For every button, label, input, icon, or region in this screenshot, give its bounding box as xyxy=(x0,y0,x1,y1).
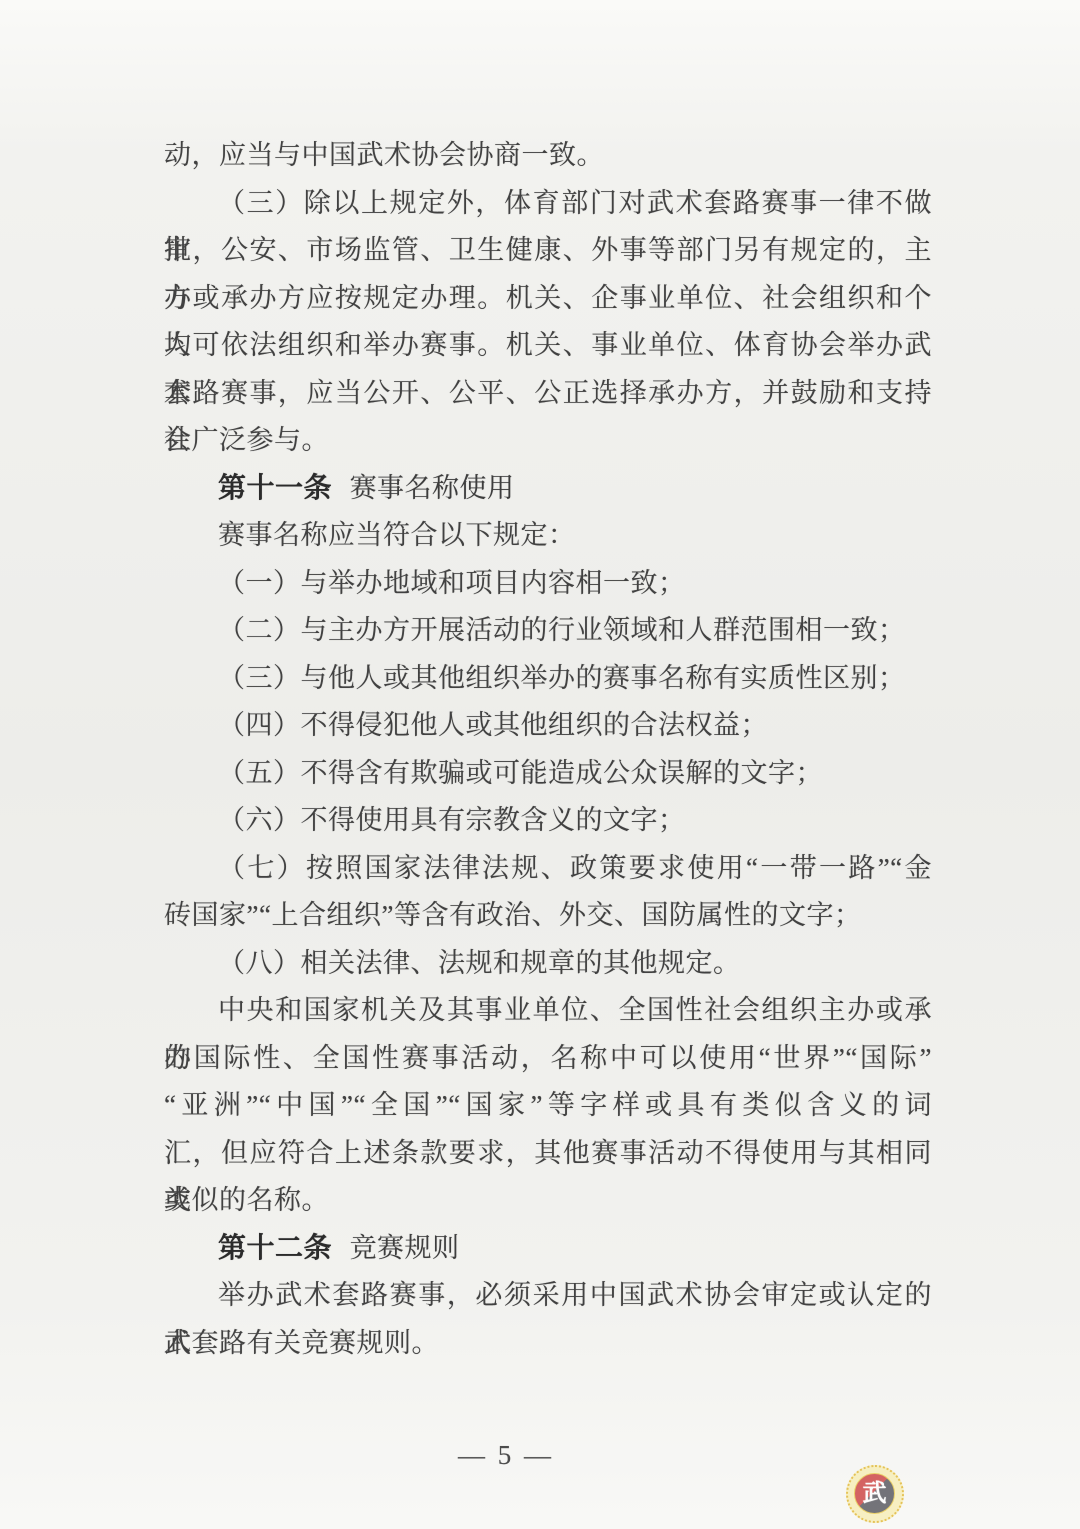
text-line: 动，应当与中国武术协会协商一致。 xyxy=(164,132,932,180)
article-heading: 第十一条赛事名称使用 xyxy=(164,465,932,513)
text-line: 举办武术套路赛事，必须采用中国武术协会审定或认定的武 xyxy=(164,1272,932,1320)
wushu-character: 武 xyxy=(863,1482,887,1506)
text-line: 的国际性、全国性赛事活动，名称中可以使用“世界”“国际” xyxy=(164,1035,932,1083)
text-line: 赛事名称应当符合以下规定： xyxy=(164,512,932,560)
text-line: （六）不得使用具有宗教含义的文字； xyxy=(164,797,932,845)
text-line: （五）不得含有欺骗或可能造成公众误解的文字； xyxy=(164,750,932,798)
wushu-association-seal-icon: 武 xyxy=(846,1465,904,1523)
text-line: 中央和国家机关及其事业单位、全国性社会组织主办或承办 xyxy=(164,987,932,1035)
seal-inner-circle: 武 xyxy=(854,1473,895,1514)
text-line: （二）与主办方开展活动的行业领域和人群范围相一致； xyxy=(164,607,932,655)
document-text: 动，应当与中国武术协会协商一致。（三）除以上规定外，体育部门对武术套路赛事一律不… xyxy=(164,132,932,1367)
text-line: （一）与举办地域和项目内容相一致； xyxy=(164,560,932,608)
article-title: 竞赛规则 xyxy=(350,1233,460,1263)
text-line: 砖国家”“上合组织”等含有政治、外交、国防属性的文字； xyxy=(164,892,932,940)
text-line: 会广泛参与。 xyxy=(164,417,932,465)
article-number: 第十一条 xyxy=(218,473,332,504)
text-line: 类似的名称。 xyxy=(164,1177,932,1225)
text-line: 方或承办方应按规定办理。机关、企事业单位、社会组织和个人 xyxy=(164,275,932,323)
article-heading: 第十二条竞赛规则 xyxy=(164,1225,932,1273)
text-line: 批，公安、市场监管、卫生健康、外事等部门另有规定的，主办 xyxy=(164,227,932,275)
text-line: 汇，但应符合上述条款要求，其他赛事活动不得使用与其相同或 xyxy=(164,1130,932,1178)
text-line: 套路赛事，应当公开、公平、公正选择承办方，并鼓励和支持社 xyxy=(164,370,932,418)
text-line: （四）不得侵犯他人或其他组织的合法权益； xyxy=(164,702,932,750)
page-footer: — 5 — xyxy=(0,1440,1080,1471)
text-line: 均可依法组织和举办赛事。机关、事业单位、体育协会举办武术 xyxy=(164,322,932,370)
text-line: （三）与他人或其他组织举办的赛事名称有实质性区别； xyxy=(164,655,932,703)
text-line: “亚洲”“中国”“全国”“国家”等字样或具有类似含义的词 xyxy=(164,1082,932,1130)
page-number: — 5 — xyxy=(458,1440,554,1470)
text-line: 术套路有关竞赛规则。 xyxy=(164,1320,932,1368)
document-page: { "document": { "lines": [ {"text": "动，应… xyxy=(0,0,1080,1529)
text-line: （七）按照国家法律法规、政策要求使用“一带一路”“金 xyxy=(164,845,932,893)
text-line: （八）相关法律、法规和规章的其他规定。 xyxy=(164,940,932,988)
article-number: 第十二条 xyxy=(218,1233,332,1264)
article-title: 赛事名称使用 xyxy=(350,473,515,503)
text-line: （三）除以上规定外，体育部门对武术套路赛事一律不做审 xyxy=(164,180,932,228)
